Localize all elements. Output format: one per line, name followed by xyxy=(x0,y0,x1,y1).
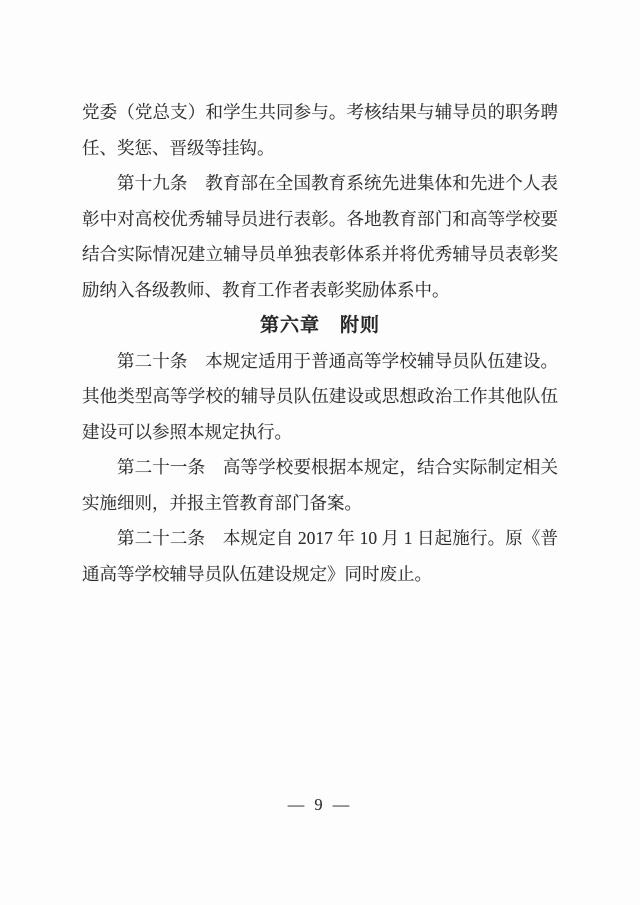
document-content: 党委（党总支）和学生共同参与。考核结果与辅导员的职务聘任、奖惩、晋级等挂钩。 第… xyxy=(82,0,558,592)
paragraph-article-19: 第十九条 教育部在全国教育系统先进集体和先进个人表彰中对高校优秀辅导员进行表彰。… xyxy=(82,166,558,308)
document-page: 党委（党总支）和学生共同参与。考核结果与辅导员的职务聘任、奖惩、晋级等挂钩。 第… xyxy=(0,0,640,905)
paragraph-continuation: 党委（党总支）和学生共同参与。考核结果与辅导员的职务聘任、奖惩、晋级等挂钩。 xyxy=(82,95,558,166)
paragraph-article-20: 第二十条 本规定适用于普通高等学校辅导员队伍建设。其他类型高等学校的辅导员队伍建… xyxy=(82,344,558,451)
page-number: — 9 — xyxy=(0,795,640,815)
paragraph-article-22: 第二十二条 本规定自 2017 年 10 月 1 日起施行。原《普通高等学校辅导… xyxy=(82,521,558,592)
paragraph-article-21: 第二十一条 高等学校要根据本规定，结合实际制定相关实施细则，并报主管教育部门备案… xyxy=(82,450,558,521)
chapter-heading: 第六章 附则 xyxy=(82,308,558,344)
